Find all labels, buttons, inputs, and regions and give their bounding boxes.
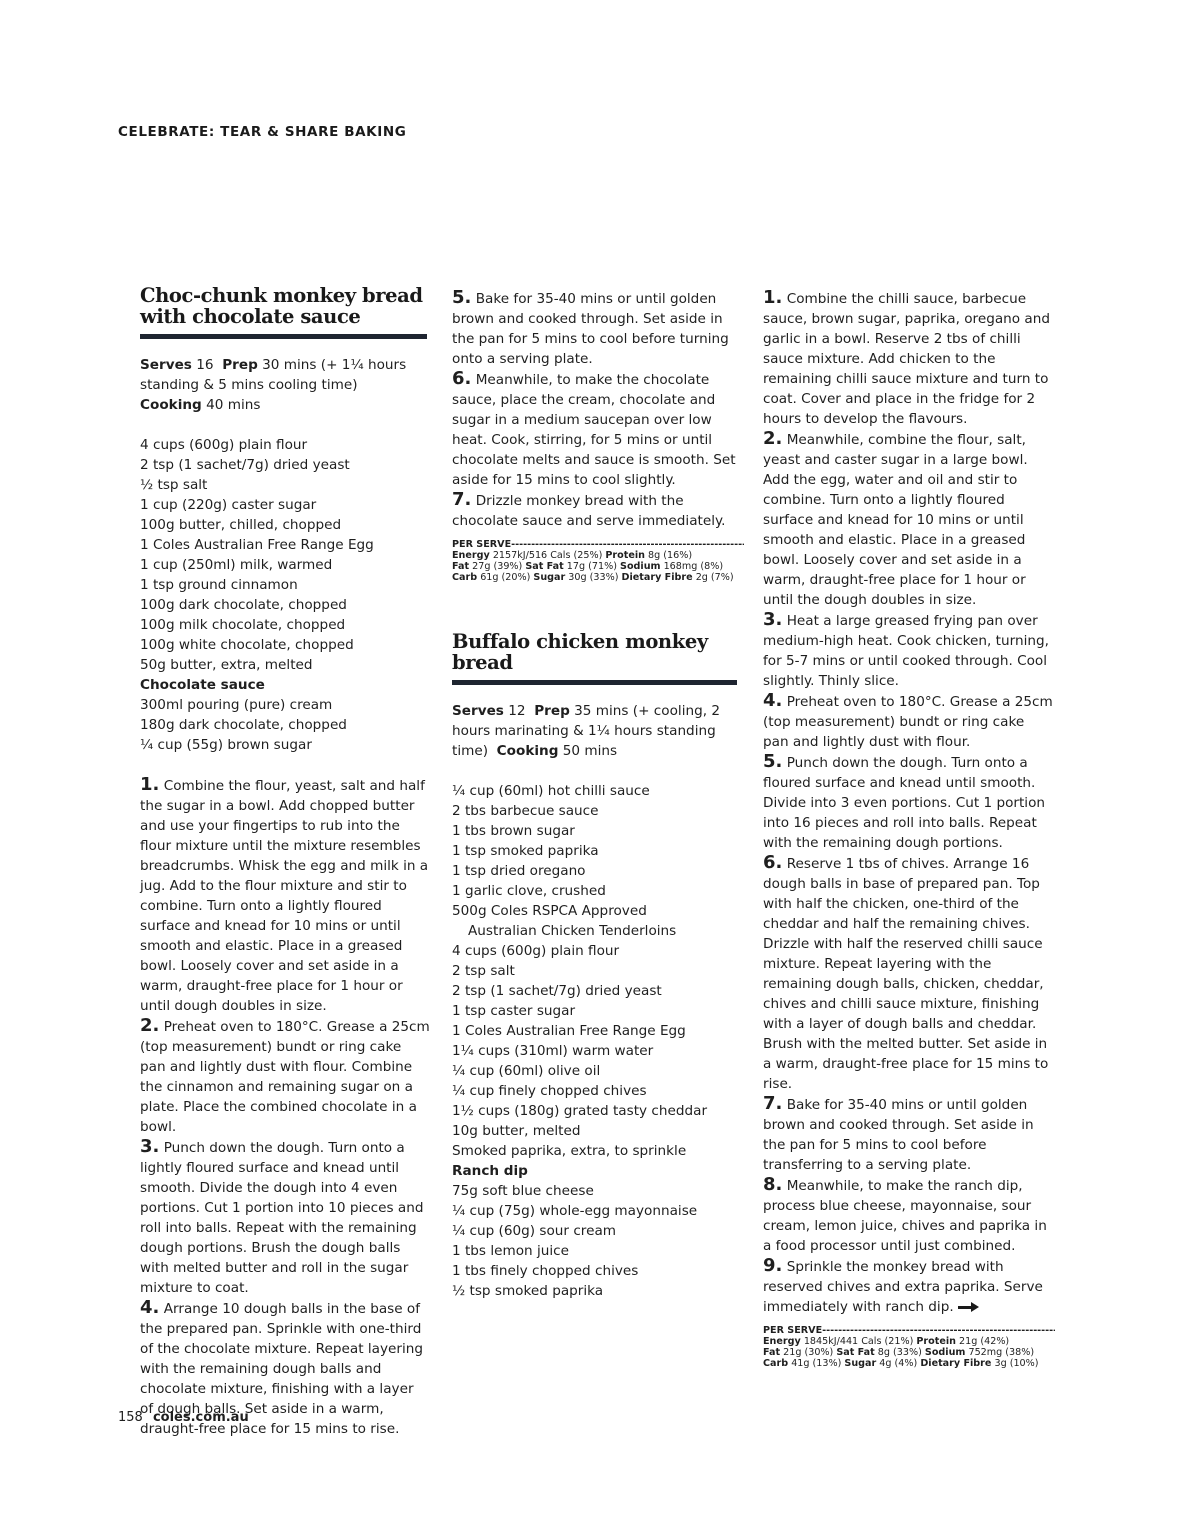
ingredient: 1 Coles Australian Free Range Egg [452, 1021, 742, 1041]
ingredient: ¼ cup (60g) sour cream [452, 1221, 742, 1241]
recipe-title-buffalo-chicken: Buffalo chicken monkey bread [452, 631, 742, 680]
sauce-heading: Chocolate sauce [140, 675, 430, 695]
page-number: 158 [118, 1410, 143, 1425]
ingredient: 1 tsp caster sugar [452, 1001, 742, 1021]
ingredient: 2 tsp (1 sachet/7g) dried yeast [452, 981, 742, 1001]
step-number: 6. [452, 368, 471, 389]
column-2: 5. Bake for 35-40 mins or until golden b… [452, 288, 742, 1301]
cooking-label: Cooking [497, 743, 559, 759]
method-step: 1. Combine the flour, yeast, salt and ha… [140, 775, 430, 1016]
step-text: Punch down the dough. Turn onto a floure… [763, 755, 1045, 851]
step-number: 3. [140, 1136, 159, 1157]
ingredient: 180g dark chocolate, chopped [140, 715, 430, 735]
ingredient: 2 tsp salt [452, 961, 742, 981]
method-step: 6. Meanwhile, to make the chocolate sauc… [452, 369, 742, 490]
serves-label: Serves [140, 357, 192, 373]
title-rule [452, 680, 737, 685]
ingredient: ¼ cup (55g) brown sugar [140, 735, 430, 755]
nutrition-line: Fat 27g (39%) Sat Fat 17g (71%) Sodium 1… [452, 561, 742, 572]
nutrition-line: Energy 2157kJ/516 Cals (25%) Protein 8g … [452, 550, 742, 561]
method-step: 9. Sprinkle the monkey bread with reserv… [763, 1256, 1053, 1317]
dip-heading: Ranch dip [452, 1161, 742, 1181]
step-number: 4. [140, 1297, 159, 1318]
cooking-value: 50 mins [563, 743, 617, 759]
method-step: 2. Meanwhile, combine the flour, salt, y… [763, 429, 1053, 610]
method-step: 3. Punch down the dough. Turn onto a lig… [140, 1137, 430, 1298]
ingredient: 1¼ cups (310ml) warm water [452, 1041, 742, 1061]
step-text: Combine the chilli sauce, barbecue sauce… [763, 291, 1050, 427]
step-text: Preheat oven to 180°C. Grease a 25cm (to… [140, 1019, 430, 1135]
step-number: 6. [763, 852, 782, 873]
step-text: Bake for 35-40 mins or until golden brow… [452, 291, 729, 367]
recipe-meta: Serves 16 Prep 30 mins (+ 1¼ hours stand… [140, 355, 430, 415]
ingredient: ½ tsp salt [140, 475, 430, 495]
page-footer: 158 coles.com.au [118, 1410, 249, 1425]
method-step: 2. Preheat oven to 180°C. Grease a 25cm … [140, 1016, 430, 1137]
nutrition-per-serve: PER SERVE-------------------------------… [763, 1325, 1053, 1369]
nutrition-line: Energy 1845kJ/441 Cals (21%) Protein 21g… [763, 1336, 1053, 1347]
ingredient-list: ¼ cup (60ml) hot chilli sauce 2 tbs barb… [452, 781, 742, 1161]
ingredient: 1 cup (250ml) milk, warmed [140, 555, 430, 575]
step-number: 5. [763, 751, 782, 772]
ingredient: 1 garlic clove, crushed [452, 881, 742, 901]
nutrition-line: Carb 61g (20%) Sugar 30g (33%) Dietary F… [452, 572, 742, 583]
method-step: 3. Heat a large greased frying pan over … [763, 610, 1053, 691]
ingredient: 75g soft blue cheese [452, 1181, 742, 1201]
per-serve-heading: PER SERVE-------------------------------… [763, 1325, 1055, 1336]
ingredient: 4 cups (600g) plain flour [452, 941, 742, 961]
step-text: Preheat oven to 180°C. Grease a 25cm (to… [763, 694, 1053, 750]
ingredient: 1 Coles Australian Free Range Egg [140, 535, 430, 555]
ingredient: 1 tsp dried oregano [452, 861, 742, 881]
ingredient: 4 cups (600g) plain flour [140, 435, 430, 455]
ingredient: ¼ cup finely chopped chives [452, 1081, 742, 1101]
method-step: 1. Combine the chilli sauce, barbecue sa… [763, 288, 1053, 429]
nutrition-line: Fat 21g (30%) Sat Fat 8g (33%) Sodium 75… [763, 1347, 1053, 1358]
step-text: Drizzle monkey bread with the chocolate … [452, 493, 725, 529]
step-number: 7. [763, 1093, 782, 1114]
site-link[interactable]: coles.com.au [153, 1410, 249, 1425]
serves-label: Serves [452, 703, 504, 719]
title-rule [140, 334, 427, 339]
step-text: Bake for 35-40 mins or until golden brow… [763, 1097, 1034, 1173]
prep-label: Prep [222, 357, 258, 373]
step-number: 3. [763, 609, 782, 630]
ingredient: Smoked paprika, extra, to sprinkle [452, 1141, 742, 1161]
step-number: 1. [763, 287, 782, 308]
dip-ingredient-list: 75g soft blue cheese ¼ cup (75g) whole-e… [452, 1181, 742, 1301]
ingredient: 100g milk chocolate, chopped [140, 615, 430, 635]
ingredient: 2 tbs barbecue sauce [452, 801, 742, 821]
step-number: 7. [452, 489, 471, 510]
column-1: Choc-chunk monkey bread with chocolate s… [140, 285, 430, 1439]
step-number: 2. [140, 1015, 159, 1036]
cooking-value: 40 mins [206, 397, 260, 413]
step-text: Reserve 1 tbs of chives. Arrange 16 doug… [763, 856, 1048, 1092]
ingredient: 100g white chocolate, chopped [140, 635, 430, 655]
step-text: Sprinkle the monkey bread with reserved … [763, 1259, 1043, 1315]
method-step: 7. Drizzle monkey bread with the chocola… [452, 490, 742, 531]
step-text: Meanwhile, to make the chocolate sauce, … [452, 372, 736, 488]
step-text: Combine the flour, yeast, salt and half … [140, 778, 428, 1014]
method-step: 6. Reserve 1 tbs of chives. Arrange 16 d… [763, 853, 1053, 1094]
column-3: 1. Combine the chilli sauce, barbecue sa… [763, 288, 1053, 1369]
method-steps: 1. Combine the flour, yeast, salt and ha… [140, 775, 430, 1439]
ingredient: Australian Chicken Tenderloins [452, 921, 742, 941]
serves-value: 16 [196, 357, 213, 373]
method-step: 5. Punch down the dough. Turn onto a flo… [763, 752, 1053, 853]
ingredient: 10g butter, melted [452, 1121, 742, 1141]
ingredient: 500g Coles RSPCA Approved [452, 901, 742, 921]
section-header: CELEBRATE: TEAR & SHARE BAKING [118, 124, 406, 140]
ingredient: 1 tbs brown sugar [452, 821, 742, 841]
recipe-title-choc-chunk: Choc-chunk monkey bread with chocolate s… [140, 285, 430, 334]
ingredient: 2 tsp (1 sachet/7g) dried yeast [140, 455, 430, 475]
step-number: 9. [763, 1255, 782, 1276]
step-number: 2. [763, 428, 782, 449]
recipe-buffalo-chicken: Buffalo chicken monkey bread Serves 12 P… [452, 631, 742, 1301]
step-number: 4. [763, 690, 782, 711]
ingredient: ¼ cup (60ml) hot chilli sauce [452, 781, 742, 801]
step-text: Meanwhile, to make the ranch dip, proces… [763, 1178, 1047, 1254]
ingredient: 300ml pouring (pure) cream [140, 695, 430, 715]
step-text: Meanwhile, combine the flour, salt, yeas… [763, 432, 1028, 608]
recipe-meta: Serves 12 Prep 35 mins (+ cooling, 2 hou… [452, 701, 742, 761]
nutrition-line: Carb 41g (13%) Sugar 4g (4%) Dietary Fib… [763, 1358, 1053, 1369]
arrow-right-icon [958, 1302, 980, 1312]
ingredient: 1 cup (220g) caster sugar [140, 495, 430, 515]
ingredient: 1 tsp ground cinnamon [140, 575, 430, 595]
ingredient: 1 tsp smoked paprika [452, 841, 742, 861]
ingredient-list: 4 cups (600g) plain flour 2 tsp (1 sache… [140, 435, 430, 675]
ingredient: ¼ cup (60ml) olive oil [452, 1061, 742, 1081]
step-text: Heat a large greased frying pan over med… [763, 613, 1049, 689]
sauce-ingredient-list: 300ml pouring (pure) cream 180g dark cho… [140, 695, 430, 755]
prep-label: Prep [534, 703, 570, 719]
method-step: 8. Meanwhile, to make the ranch dip, pro… [763, 1175, 1053, 1256]
ingredient: 1 tbs lemon juice [452, 1241, 742, 1261]
ingredient: 1 tbs finely chopped chives [452, 1261, 742, 1281]
ingredient: 100g dark chocolate, chopped [140, 595, 430, 615]
ingredient: 50g butter, extra, melted [140, 655, 430, 675]
nutrition-per-serve: PER SERVE-------------------------------… [452, 539, 742, 583]
step-number: 1. [140, 774, 159, 795]
serves-value: 12 [508, 703, 525, 719]
per-serve-heading: PER SERVE-------------------------------… [452, 539, 744, 550]
ingredient: ¼ cup (75g) whole-egg mayonnaise [452, 1201, 742, 1221]
method-step: 4. Preheat oven to 180°C. Grease a 25cm … [763, 691, 1053, 752]
ingredient: 1½ cups (180g) grated tasty cheddar [452, 1101, 742, 1121]
ingredient: ½ tsp smoked paprika [452, 1281, 742, 1301]
step-text: Punch down the dough. Turn onto a lightl… [140, 1140, 423, 1296]
ingredient: 100g butter, chilled, chopped [140, 515, 430, 535]
method-step: 5. Bake for 35-40 mins or until golden b… [452, 288, 742, 369]
method-step: 7. Bake for 35-40 mins or until golden b… [763, 1094, 1053, 1175]
step-number: 8. [763, 1174, 782, 1195]
step-number: 5. [452, 287, 471, 308]
cooking-label: Cooking [140, 397, 202, 413]
